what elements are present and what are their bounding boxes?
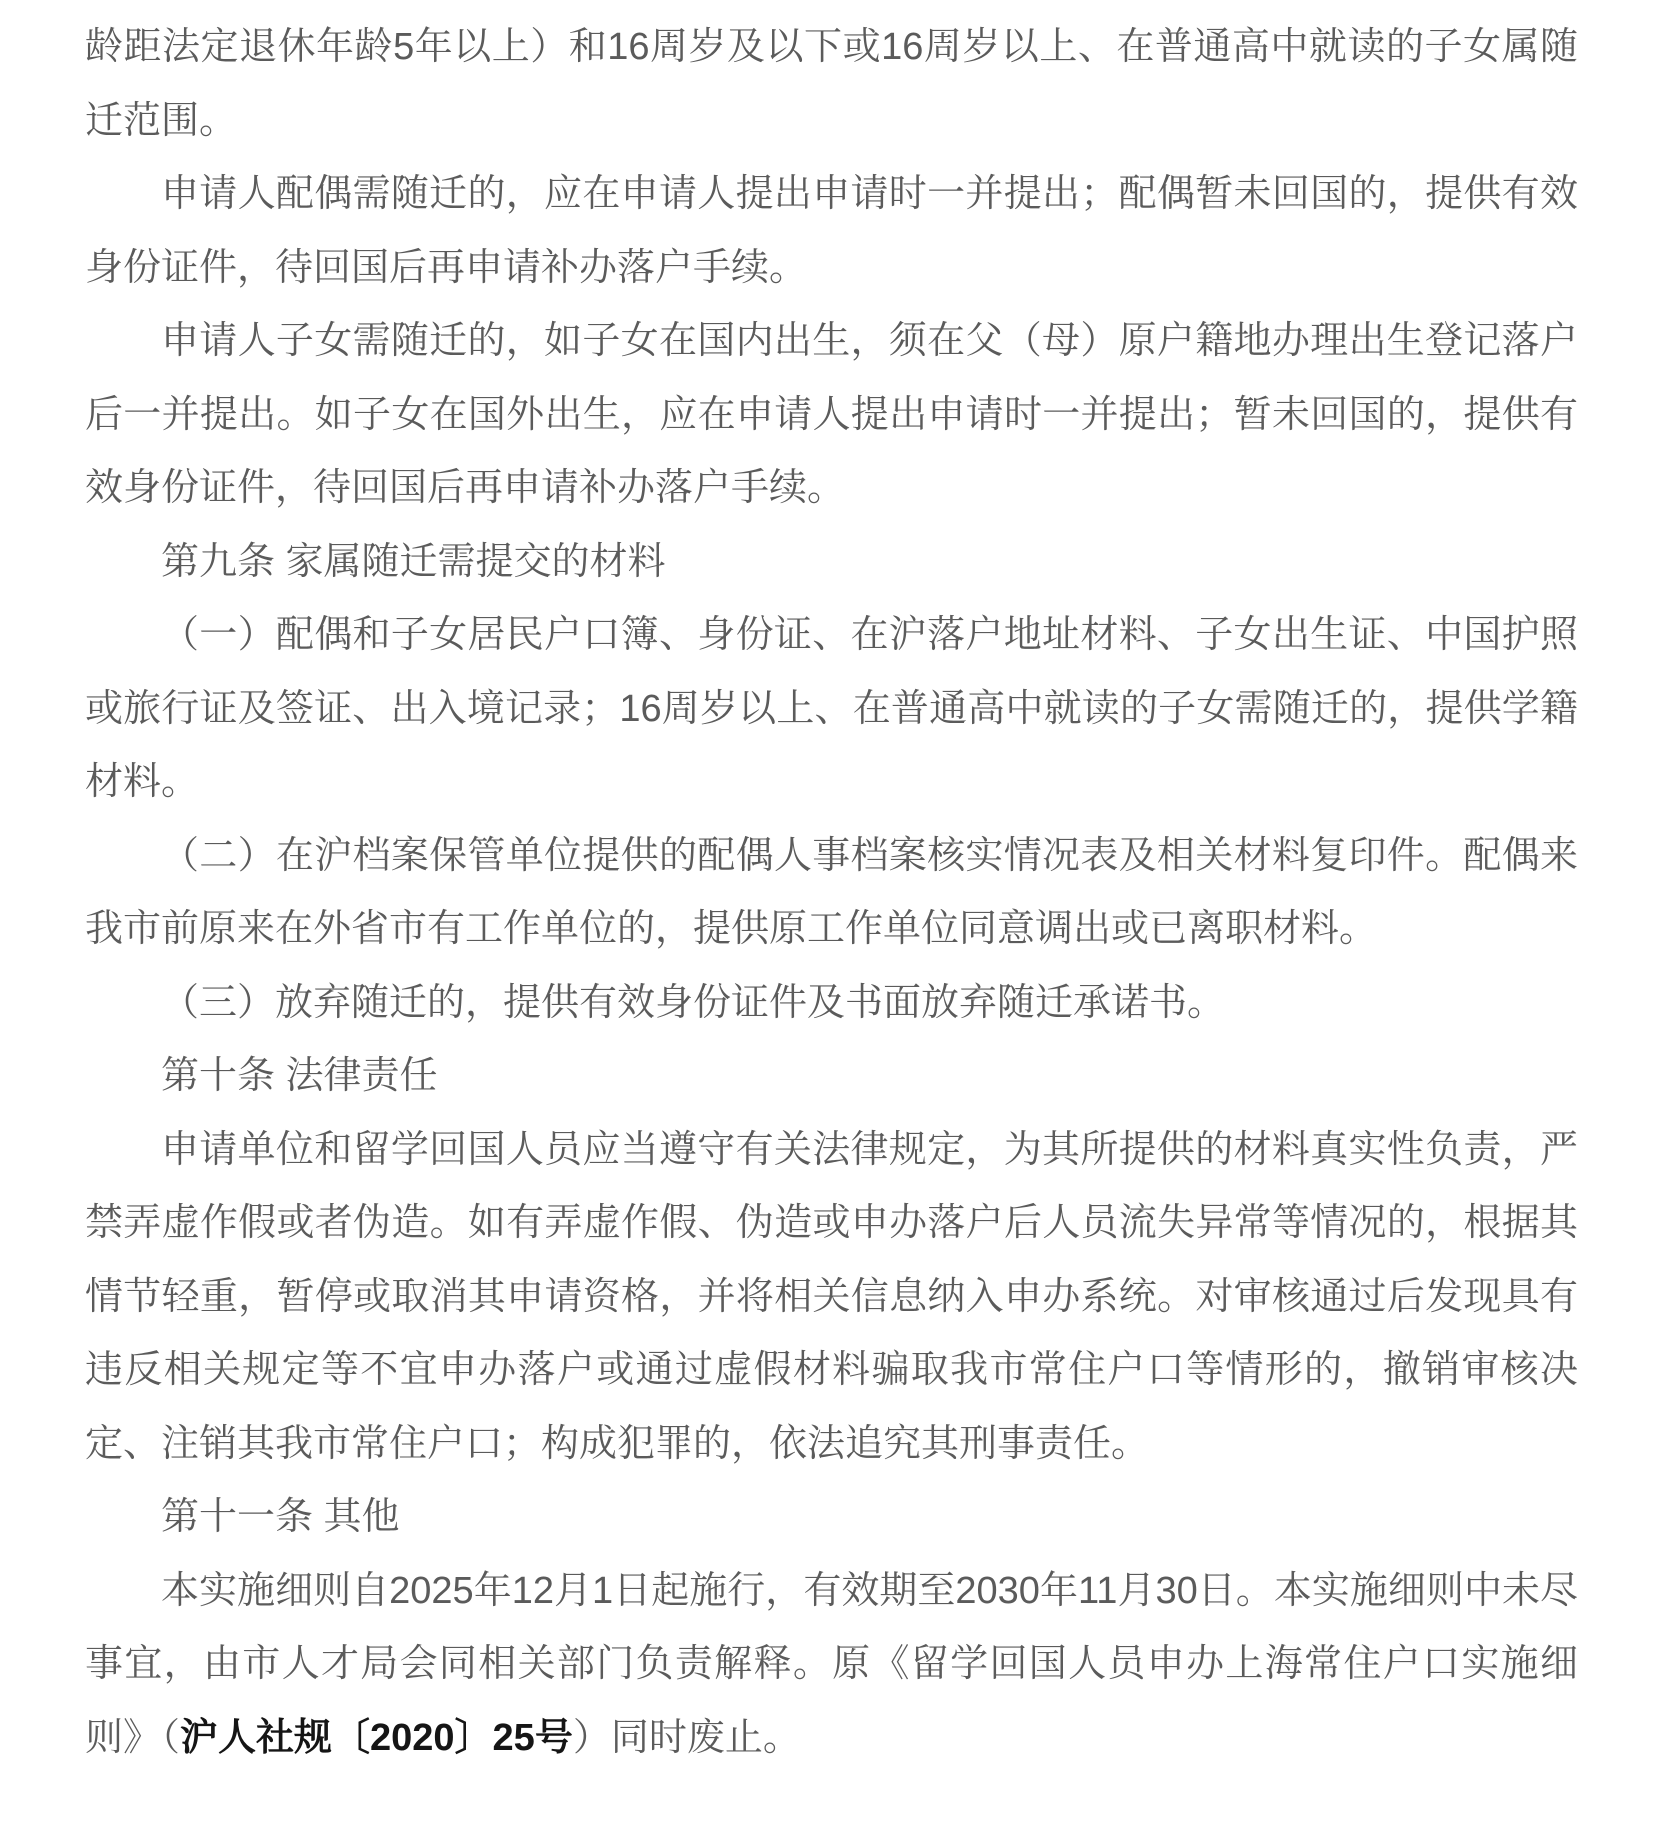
paragraph: 申请人配偶需随迁的，应在申请人提出申请时一并提出；配偶暂未回国的，提供有效身份证…	[85, 158, 1578, 305]
paragraph: 第十条 法律责任	[85, 1040, 1578, 1114]
text-segment: 龄距法定退休年龄5年以上）和16周岁及以下或16周岁以上、在普通高中就读的子女属…	[85, 26, 1578, 142]
text-segment: 第十一条 其他	[161, 1496, 400, 1538]
text-segment: 第十条 法律责任	[161, 1055, 438, 1097]
text-segment: ）同时废止。	[573, 1717, 801, 1759]
paragraph: （一）配偶和子女居民户口簿、身份证、在沪落户地址材料、子女出生证、中国护照或旅行…	[85, 599, 1578, 820]
text-segment: （一）配偶和子女居民户口簿、身份证、在沪落户地址材料、子女出生证、中国护照或旅行…	[85, 614, 1578, 803]
text-segment: 申请单位和留学回国人员应当遵守有关法律规定，为其所提供的材料真实性负责，严禁弄虚…	[85, 1129, 1578, 1465]
text-segment: （三）放弃随迁的，提供有效身份证件及书面放弃随迁承诺书。	[161, 982, 1225, 1024]
paragraph: 申请单位和留学回国人员应当遵守有关法律规定，为其所提供的材料真实性负责，严禁弄虚…	[85, 1114, 1578, 1482]
paragraph: 龄距法定退休年龄5年以上）和16周岁及以下或16周岁以上、在普通高中就读的子女属…	[85, 11, 1578, 158]
paragraph: 第九条 家属随迁需提交的材料	[85, 526, 1578, 600]
text-segment: 申请人子女需随迁的，如子女在国内出生，须在父（母）原户籍地办理出生登记落户后一并…	[85, 320, 1578, 509]
paragraph: 申请人子女需随迁的，如子女在国内出生，须在父（母）原户籍地办理出生登记落户后一并…	[85, 305, 1578, 526]
bold-text-segment: 沪人社规〔2020〕25号	[180, 1717, 573, 1759]
paragraph: 本实施细则自2025年12月1日起施行，有效期至2030年11月30日。本实施细…	[85, 1555, 1578, 1776]
document-body: 龄距法定退休年龄5年以上）和16周岁及以下或16周岁以上、在普通高中就读的子女属…	[85, 11, 1578, 1775]
text-segment: 申请人配偶需随迁的，应在申请人提出申请时一并提出；配偶暂未回国的，提供有效身份证…	[85, 173, 1578, 289]
document-page: 龄距法定退休年龄5年以上）和16周岁及以下或16周岁以上、在普通高中就读的子女属…	[0, 0, 1654, 1775]
text-segment: 第九条 家属随迁需提交的材料	[161, 541, 666, 583]
paragraph: 第十一条 其他	[85, 1481, 1578, 1555]
paragraph: （三）放弃随迁的，提供有效身份证件及书面放弃随迁承诺书。	[85, 967, 1578, 1041]
text-segment: （二）在沪档案保管单位提供的配偶人事档案核实情况表及相关材料复印件。配偶来我市前…	[85, 835, 1578, 951]
paragraph: （二）在沪档案保管单位提供的配偶人事档案核实情况表及相关材料复印件。配偶来我市前…	[85, 820, 1578, 967]
